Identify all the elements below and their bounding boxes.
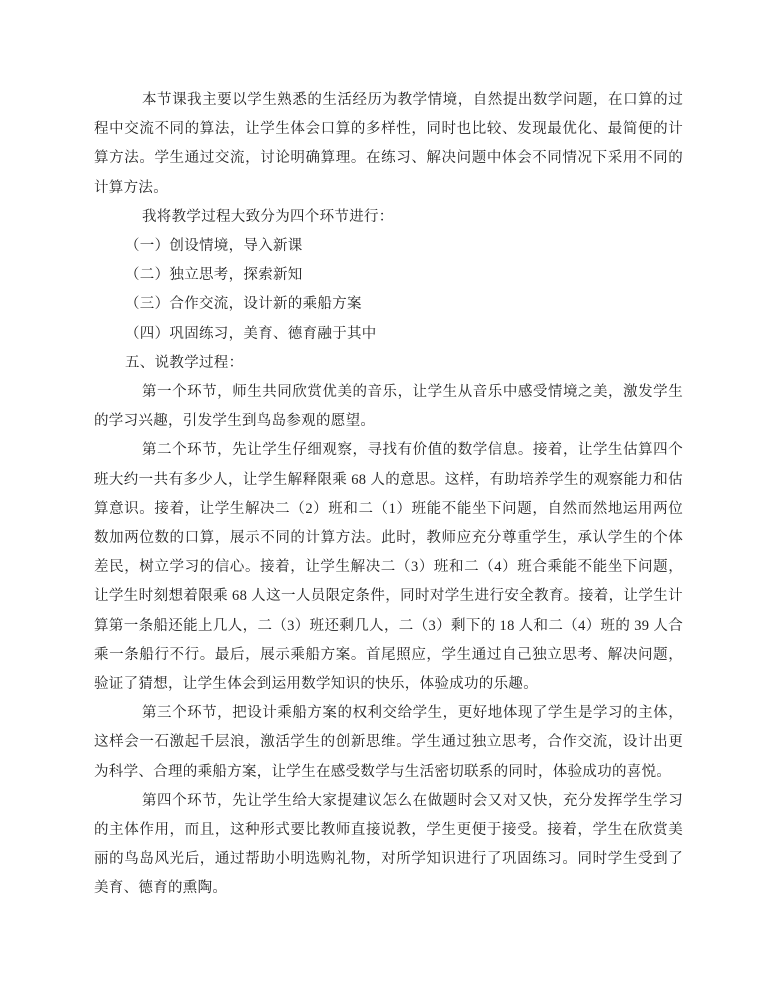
heading-section-five: 五、说教学过程： xyxy=(94,349,683,378)
document-page: 本节课我主要以学生熟悉的生活经历为教学情境，自然提出数学问题，在口算的过程中交流… xyxy=(0,0,770,1000)
paragraph-process-intro: 我将教学过程大致分为四个环节进行： xyxy=(94,203,683,232)
paragraph-stage-1: 第一个环节，师生共同欣赏优美的音乐，让学生从音乐中感受情境之美，激发学生的学习兴… xyxy=(94,378,683,436)
paragraph-stage-4: 第四个环节，先让学生给大家提建议怎么在做题时会又对又快，充分发挥学生学习的主体作… xyxy=(94,787,683,904)
list-item-step-2: （二）独立思考，探索新知 xyxy=(94,261,683,290)
list-item-step-3: （三）合作交流，设计新的乘船方案 xyxy=(94,290,683,319)
list-item-step-4: （四）巩固练习，美育、德育融于其中 xyxy=(94,320,683,349)
list-item-step-1: （一）创设情境，导入新课 xyxy=(94,232,683,261)
paragraph-teaching-approach: 本节课我主要以学生熟悉的生活经历为教学情境，自然提出数学问题，在口算的过程中交流… xyxy=(94,86,683,203)
paragraph-stage-3: 第三个环节，把设计乘船方案的权利交给学生，更好地体现了学生是学习的主体，这样会一… xyxy=(94,699,683,787)
paragraph-stage-2: 第二个环节，先让学生仔细观察，寻找有价值的数学信息。接着，让学生估算四个班大约一… xyxy=(94,436,683,699)
